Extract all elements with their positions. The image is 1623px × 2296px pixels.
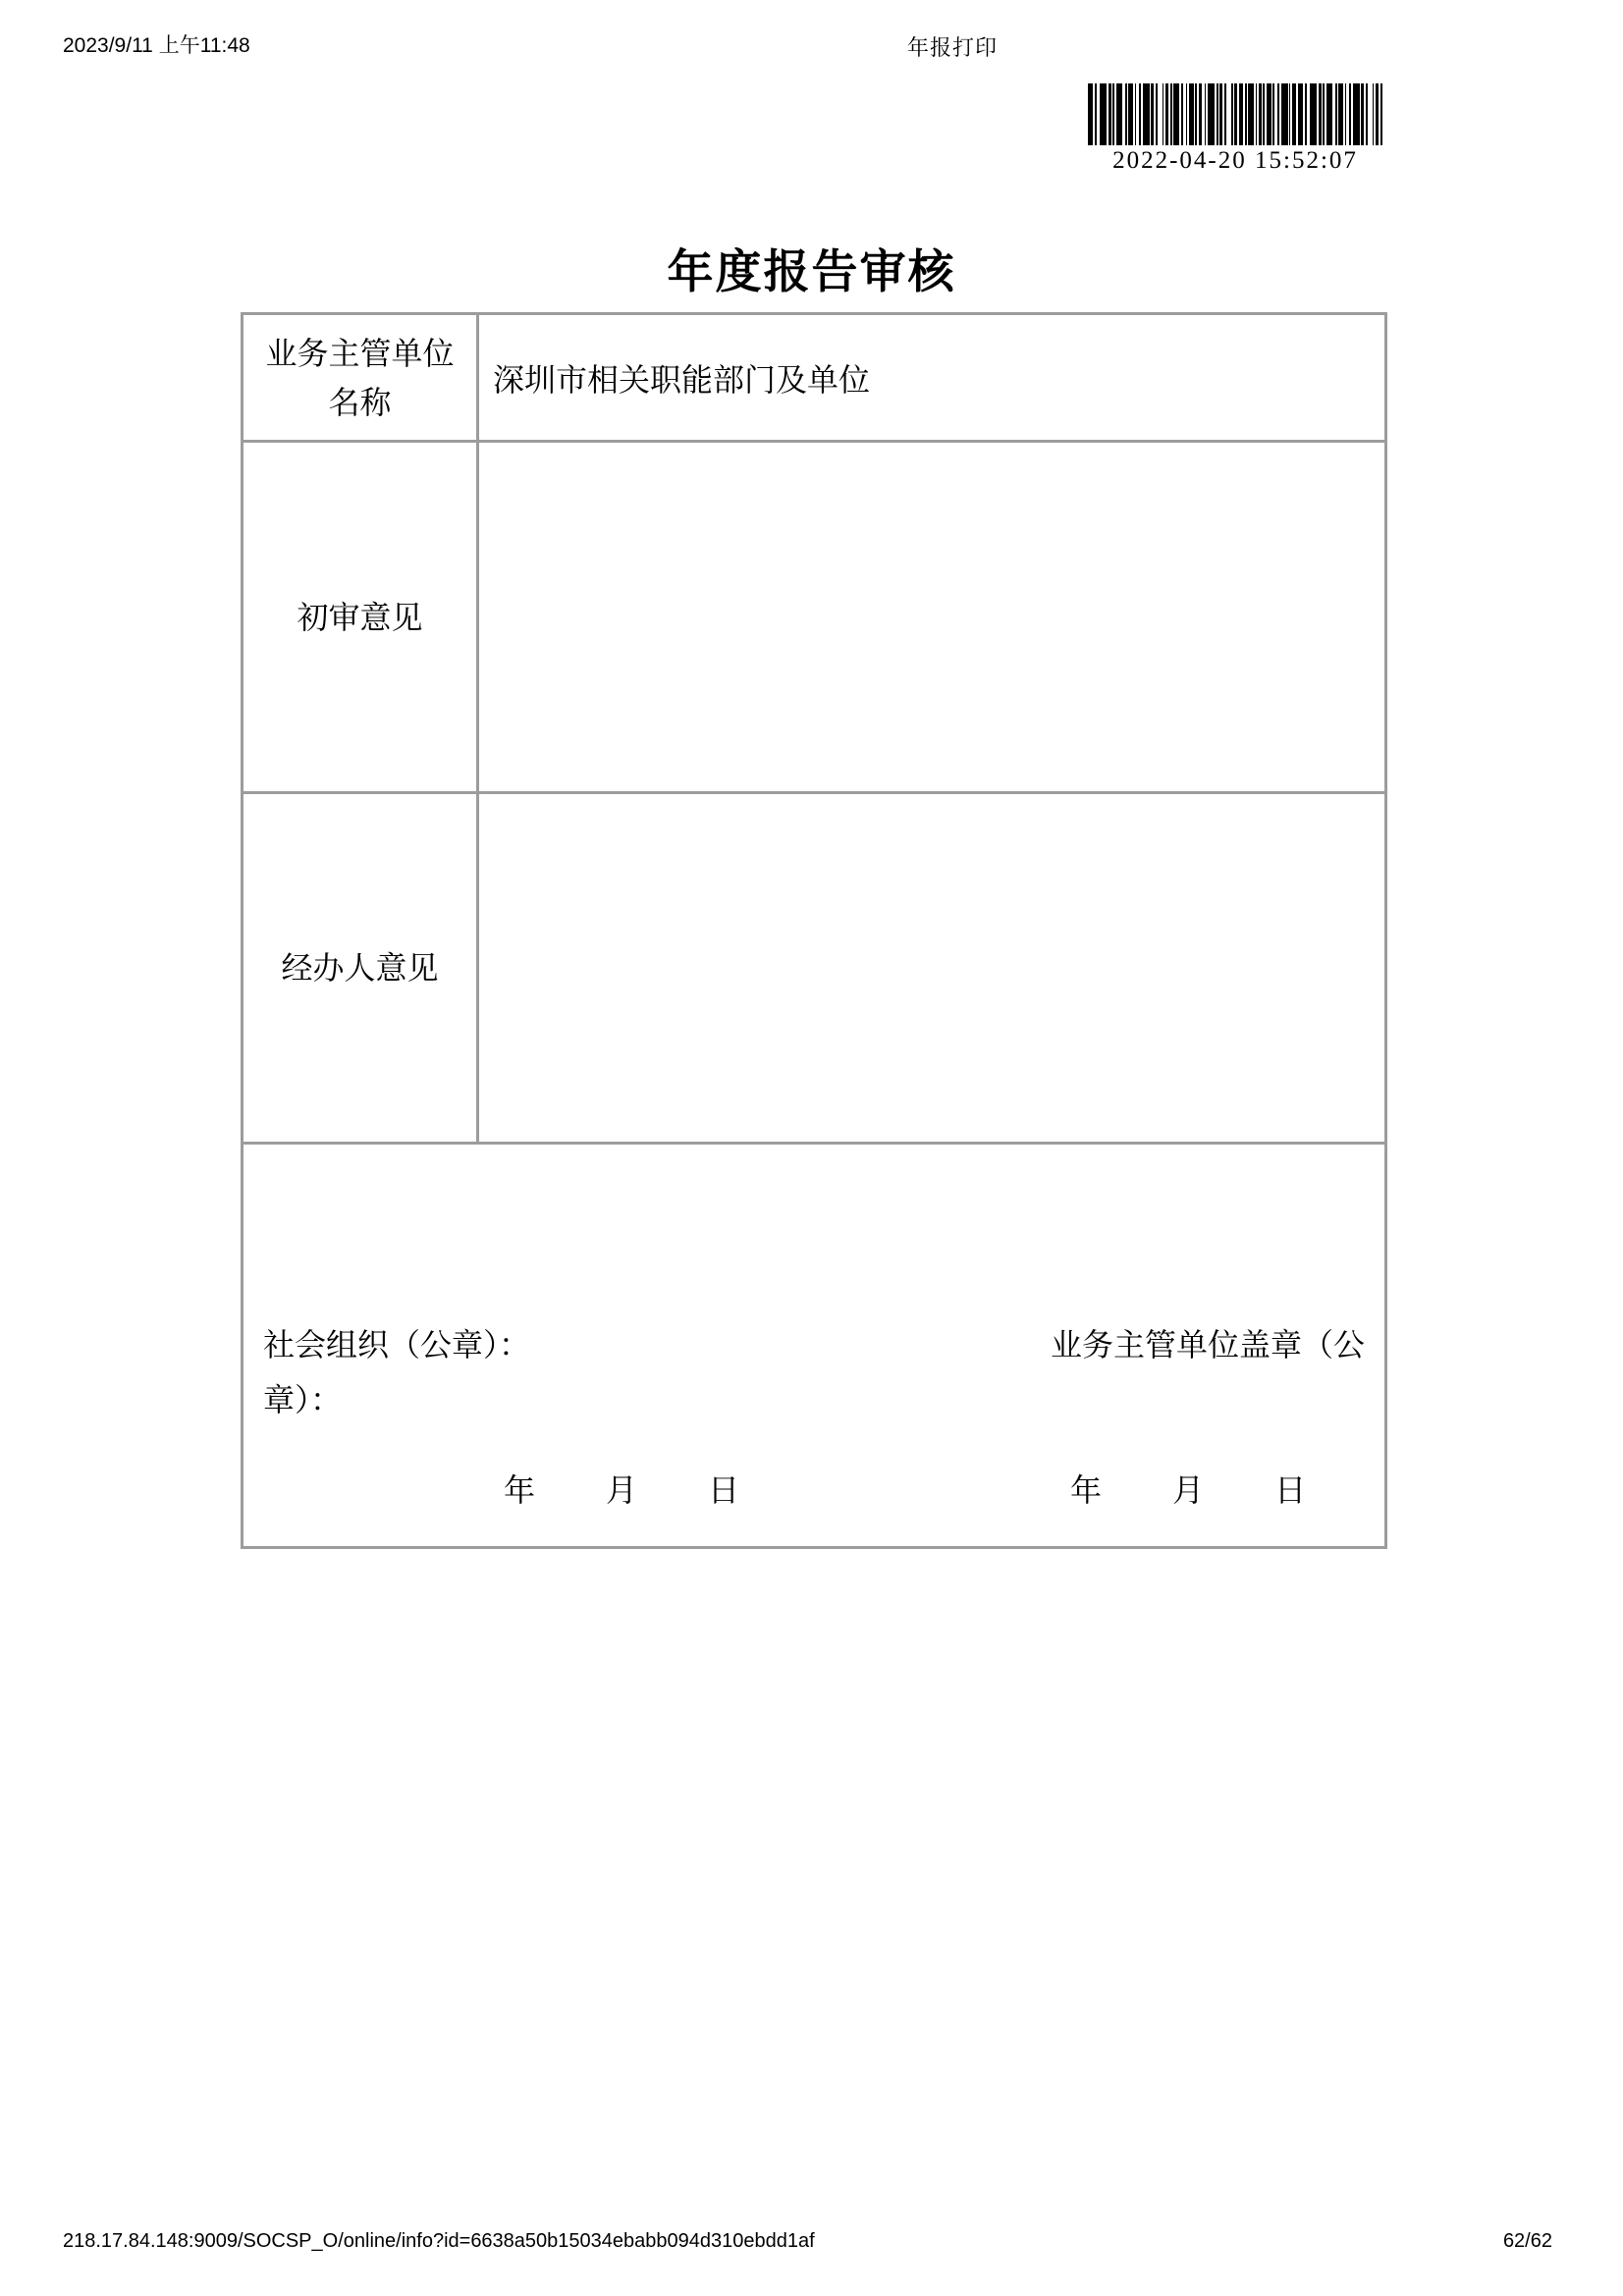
supervisor-seal-label-part2: 章）：: [263, 1372, 1365, 1427]
page-title: 年度报告审核: [0, 236, 1623, 301]
table-row-handler-opinion: 经办人意见: [243, 793, 1386, 1144]
value-initial-review-opinion: [478, 442, 1386, 793]
supervisor-seal-label-part1: 业务主管单位盖章（公: [1051, 1317, 1365, 1372]
date-blank-right: 年 月 日: [1070, 1472, 1306, 1508]
year-label: 年: [504, 1472, 535, 1508]
date-blank-left: 年 月 日: [504, 1472, 739, 1508]
table-row-supervisor-unit: 业务主管单位名称 深圳市相关职能部门及单位: [243, 314, 1386, 442]
month-label: 月: [1172, 1472, 1204, 1508]
table-row-stamp-section: 社会组织（公章）： 业务主管单位盖章（公 章）： 年 月 日 年 月 日: [243, 1144, 1386, 1548]
annual-report-review-table: 业务主管单位名称 深圳市相关职能部门及单位 初审意见 经办人意见 社会组织（公章…: [241, 312, 1387, 1549]
print-footer-page-number: 62/62: [1503, 2230, 1552, 2253]
year-label: 年: [1070, 1472, 1102, 1508]
label-handler-opinion: 经办人意见: [243, 793, 478, 1144]
date-blanks-row: 年 月 日 年 月 日: [263, 1472, 1365, 1508]
seal-labels-line: 社会组织（公章）： 业务主管单位盖章（公: [263, 1317, 1365, 1372]
print-header-title: 年报打印: [907, 31, 998, 62]
barcode-icon: [1088, 83, 1382, 145]
barcode-timestamp: 2022-04-20 15:52:07: [1080, 147, 1390, 175]
print-header-date: 2023/9/11 上午11:48: [63, 29, 250, 59]
stamp-section-cell: 社会组织（公章）： 业务主管单位盖章（公 章）： 年 月 日 年 月 日: [243, 1144, 1386, 1548]
value-supervisor-unit-name: 深圳市相关职能部门及单位: [478, 314, 1386, 442]
day-label: 日: [708, 1472, 739, 1508]
value-handler-opinion: [478, 793, 1386, 1144]
table-row-initial-review: 初审意见: [243, 442, 1386, 793]
day-label: 日: [1274, 1472, 1306, 1508]
org-seal-label: 社会组织（公章）：: [263, 1317, 530, 1372]
print-footer-url: 218.17.84.148:9009/SOCSP_O/online/info?i…: [63, 2230, 815, 2253]
label-supervisor-unit-name: 业务主管单位名称: [243, 314, 478, 442]
month-label: 月: [606, 1472, 637, 1508]
label-initial-review-opinion: 初审意见: [243, 442, 478, 793]
